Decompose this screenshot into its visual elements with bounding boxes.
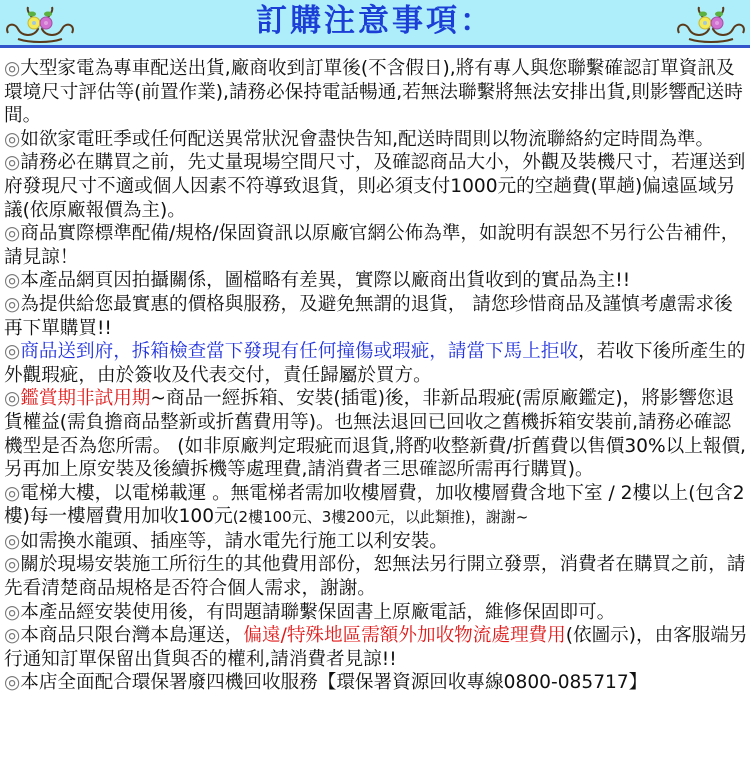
- notice-recycling: ◎本店全面配合環保署廢四機回收服務【環保署資源回收專線0800-085717】: [4, 671, 748, 695]
- page-title: 訂購注意事項：: [0, 1, 750, 41]
- notice-shipping-area: ◎本商品只限台灣本島運送，偏遠/特殊地區需額外加收物流處理費用(依圖示)，由客服…: [4, 624, 748, 671]
- notice-elevator-fee: ◎電梯大樓，以電梯載運 。無電梯者需加收樓層費，加收樓層費含地下室 / 2樓以上…: [4, 482, 748, 530]
- bullet-mark: ◎: [4, 294, 20, 315]
- notice-peak-season: ◎如欲家電旺季或任何配送異常狀況會盡快告知,配送時間則以物流聯絡約定時間為準。: [4, 128, 748, 152]
- bullet-mark: ◎: [4, 270, 20, 291]
- notice-spec-info: ◎商品實際標準配備/規格/保固資訊以原廠官網公佈為準，如說明有誤恕不另行公告補件…: [4, 222, 748, 269]
- header-banner: 訂購注意事項：: [0, 0, 750, 48]
- bullet-mark: ◎: [4, 554, 20, 575]
- red-highlight-text: 鑑賞期非試用期: [20, 388, 150, 409]
- bullet-mark: ◎: [4, 341, 20, 362]
- notice-delivery: ◎大型家電為專車配送出貨,廠商收到訂單後(不含假日),將有專人與您聯繫確認訂單資…: [4, 57, 748, 128]
- bullet-mark: ◎: [4, 152, 20, 173]
- bullet-mark: ◎: [4, 602, 20, 623]
- bullet-mark: ◎: [4, 388, 20, 409]
- notice-best-price: ◎為提供給您最實惠的價格與服務，及避免無謂的退貨， 請您珍惜商品及謹慎考慮需求後…: [4, 293, 748, 340]
- bullet-mark: ◎: [4, 625, 20, 646]
- notice-photo-difference: ◎本產品網頁因拍攝關係，圖檔略有差異，實際以廠商出貨收到的實品為主!!: [4, 269, 748, 293]
- notice-warranty: ◎本產品經安裝使用後，有問題請聯繫保固書上原廠電話，維修保固即可。: [4, 601, 748, 625]
- notice-list: ◎大型家電為專車配送出貨,廠商收到訂單後(不含假日),將有專人與您聯繫確認訂單資…: [4, 57, 748, 695]
- notice-extra-fees: ◎關於現場安裝施工所衍生的其他費用部份，恕無法另行開立發票，消費者在購買之前，請…: [4, 553, 748, 600]
- bullet-mark: ◎: [4, 223, 20, 244]
- red-highlight-text: 偏遠/特殊地區需額外加收物流處理費用: [243, 625, 565, 646]
- bullet-mark: ◎: [4, 483, 20, 504]
- bullet-mark: ◎: [4, 129, 20, 150]
- bullet-mark: ◎: [4, 531, 20, 552]
- blue-highlight-text: 商品送到府，拆箱檢查當下發現有任何撞傷或瑕疵，請當下馬上拒收: [20, 341, 578, 362]
- bullet-mark: ◎: [4, 58, 20, 79]
- notice-inspect-on-delivery: ◎商品送到府，拆箱檢查當下發現有任何撞傷或瑕疵，請當下馬上拒收，若收下後所產生的…: [4, 340, 748, 387]
- floor-fee-example: (2樓100元、3樓200元，以此類推)，謝謝~: [233, 508, 529, 526]
- flower-scroll-ornament-icon: [675, 3, 747, 43]
- bullet-mark: ◎: [4, 672, 20, 693]
- notice-plumbing: ◎如需換水龍頭、插座等，請水電先行施工以利安裝。: [4, 530, 748, 554]
- notice-measure-space: ◎請務必在購買之前，先丈量現場空間尺寸，及確認商品大小，外觀及裝機尺寸，若運送到…: [4, 151, 748, 222]
- notice-appreciation-period: ◎鑑賞期非試用期~商品一經拆箱、安裝(插電)後，非新品瑕疵(需原廠鑑定)，將影響…: [4, 387, 748, 481]
